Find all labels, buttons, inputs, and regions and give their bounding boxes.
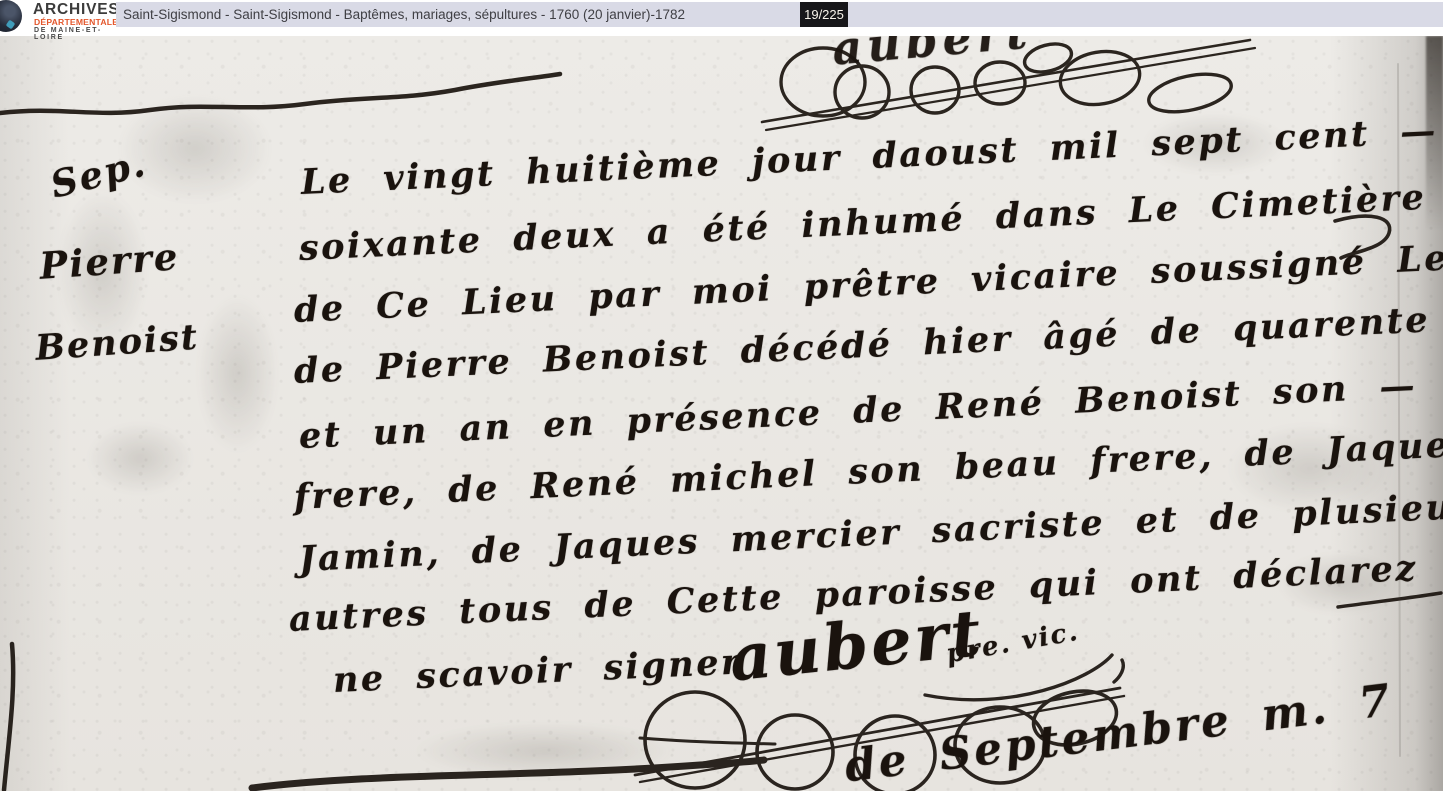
- top-signature-fragment: aubert: [830, 36, 1034, 76]
- margin-note-pierre: Pierre: [38, 234, 181, 288]
- archives-logo[interactable]: ARCHIVES DÉPARTEMENTALES DE MAINE-ET-LOI…: [0, 0, 116, 36]
- page-counter: 19/225: [800, 2, 848, 27]
- logo-region: DE MAINE-ET-LOIRE: [34, 27, 116, 41]
- logo-accent-dot: [6, 20, 16, 30]
- logo-mark-icon: [0, 0, 22, 32]
- header: ARCHIVES DÉPARTEMENTALES DE MAINE-ET-LOI…: [0, 0, 1443, 36]
- scan-viewport[interactable]: aubert Sep. Pierre Benoist Le vingt huit…: [0, 36, 1443, 791]
- manuscript-line: ne scavoir signer: [332, 641, 743, 701]
- logo-subtitle: DÉPARTEMENTALES: [34, 17, 124, 27]
- document-title: Saint-Sigismond - Saint-Sigismond - Bapt…: [123, 2, 685, 27]
- viewer-window: ARCHIVES DÉPARTEMENTALES DE MAINE-ET-LOI…: [0, 0, 1443, 791]
- page-left-edge-line: [4, 644, 13, 790]
- paper-crease: [1398, 64, 1400, 756]
- bleedthrough-smudge: [410, 721, 680, 781]
- bleedthrough-smudge: [85, 421, 195, 496]
- next-entry-fragment: de Septembre m. 7: [842, 675, 1396, 791]
- page-top-edge-line: [0, 74, 560, 113]
- title-bar: Saint-Sigismond - Saint-Sigismond - Bapt…: [116, 2, 1443, 27]
- bleedthrough-smudge: [195, 291, 280, 456]
